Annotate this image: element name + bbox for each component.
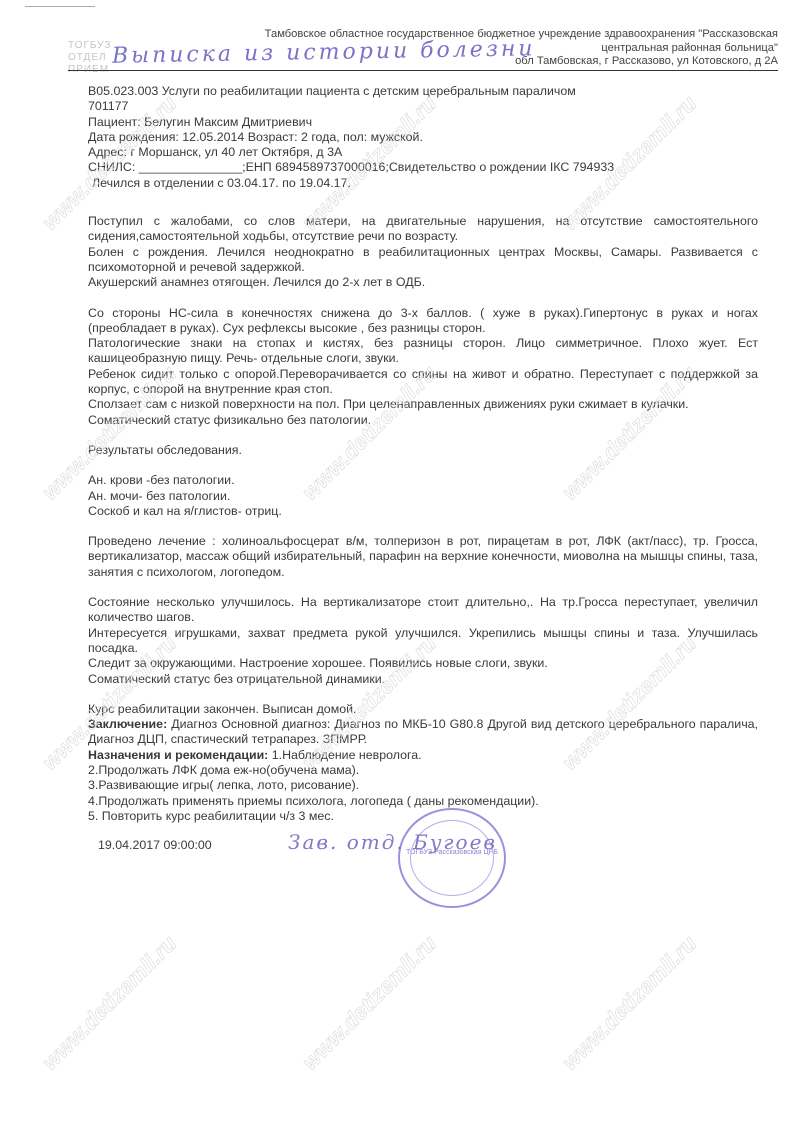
document-body: В05.023.003 Услуги по реабилитации пацие…	[88, 84, 758, 824]
watermark-text: www.detizemli.ru	[557, 931, 702, 1076]
spacer	[88, 428, 758, 443]
conclusion: Заключение: Диагноз Основной диагноз: Ди…	[88, 717, 758, 748]
neuro-status: Со стороны НС-сила в конечностях снижена…	[88, 306, 758, 337]
spacer	[88, 519, 758, 534]
scan-artifact	[25, 6, 95, 7]
exam-blood: Ан. крови -без патологии.	[88, 473, 758, 488]
outcome-1: Состояние несколько улучшилось. На верти…	[88, 595, 758, 626]
header-divider	[68, 70, 778, 71]
exam-title: Результаты обследования.	[88, 443, 758, 458]
conclusion-label: Заключение:	[88, 717, 167, 731]
anamnesis-history: Болен с рождения. Лечился неоднократно в…	[88, 245, 758, 276]
conclusion-text: Диагноз Основной диагноз: Диагноз по МКБ…	[88, 717, 758, 746]
document-page: ТОГБУЗОТДЕЛПРИЕМ Тамбовское областное го…	[0, 0, 800, 1131]
spacer	[88, 291, 758, 306]
recommendation-item: 2.Продолжать ЛФК дома еж-но(обучена мама…	[88, 763, 758, 778]
pathological-signs: Патологические знаки на стопах и кистях,…	[88, 336, 758, 367]
record-number: 701177	[88, 99, 758, 114]
official-seal: ТОГБУЗ Рассказовская ЦРБ	[398, 808, 506, 908]
spacer	[88, 206, 758, 214]
recommendation-item: 3.Развивающие игры( лепка, лото, рисован…	[88, 778, 758, 793]
exam-urine: Ан. мочи- без патологии.	[88, 489, 758, 504]
document-datetime: 19.04.2017 09:00:00	[98, 838, 212, 852]
recommendations: Назначения и рекомендации: 1.Наблюдение …	[88, 748, 758, 763]
recommendations-label: Назначения и рекомендации:	[88, 748, 268, 762]
anamnesis-obstetric: Акушерский анамнез отягощен. Лечился до …	[88, 275, 758, 290]
outcome-4: Соматический статус без отрицательной ди…	[88, 672, 758, 687]
spacer	[88, 580, 758, 595]
doctor-signature: Зав. отд. Бугоев	[288, 830, 497, 854]
patient-ids: СНИЛС: _______________;ЕНП 6894589737000…	[88, 160, 758, 175]
motor-status: Ребенок сидит только с опорой.Переворачи…	[88, 367, 758, 398]
somatic-status: Соматический статус физикально без патол…	[88, 413, 758, 428]
exam-parasites: Соскоб и кал на я/глистов- отриц.	[88, 504, 758, 519]
watermark-text: www.detizemli.ru	[297, 931, 442, 1076]
patient-name: Пациент: Белугин Максим Дмитриевич	[88, 115, 758, 130]
service-title: В05.023.003 Услуги по реабилитации пацие…	[88, 84, 758, 99]
recommendation-item: 1.Наблюдение невролога.	[268, 748, 421, 762]
motor-status-2: Сползает сам с низкой поверхности на пол…	[88, 397, 758, 412]
spacer	[88, 687, 758, 702]
watermark-text: www.detizemli.ru	[37, 931, 182, 1076]
treatment: Проведено лечение : холиноальфосцерат в/…	[88, 534, 758, 580]
anamnesis-complaints: Поступил с жалобами, со слов матери, на …	[88, 214, 758, 245]
spacer	[88, 458, 758, 473]
course-completed: Курс реабилитации закончен. Выписан домо…	[88, 702, 758, 717]
recommendation-item: 4.Продолжать применять приемы психолога,…	[88, 794, 758, 809]
outcome-3: Следит за окружающими. Настроение хороше…	[88, 656, 758, 671]
patient-birth: Дата рождения: 12.05.2014 Возраст: 2 год…	[88, 130, 758, 145]
hospital-stay: Лечился в отделении с 03.04.17. по 19.04…	[88, 176, 758, 191]
patient-address: Адрес: г Моршанск, ул 40 лет Октября, д …	[88, 145, 758, 160]
spacer	[88, 191, 758, 206]
outcome-2: Интересуется игрушками, захват предмета …	[88, 626, 758, 657]
